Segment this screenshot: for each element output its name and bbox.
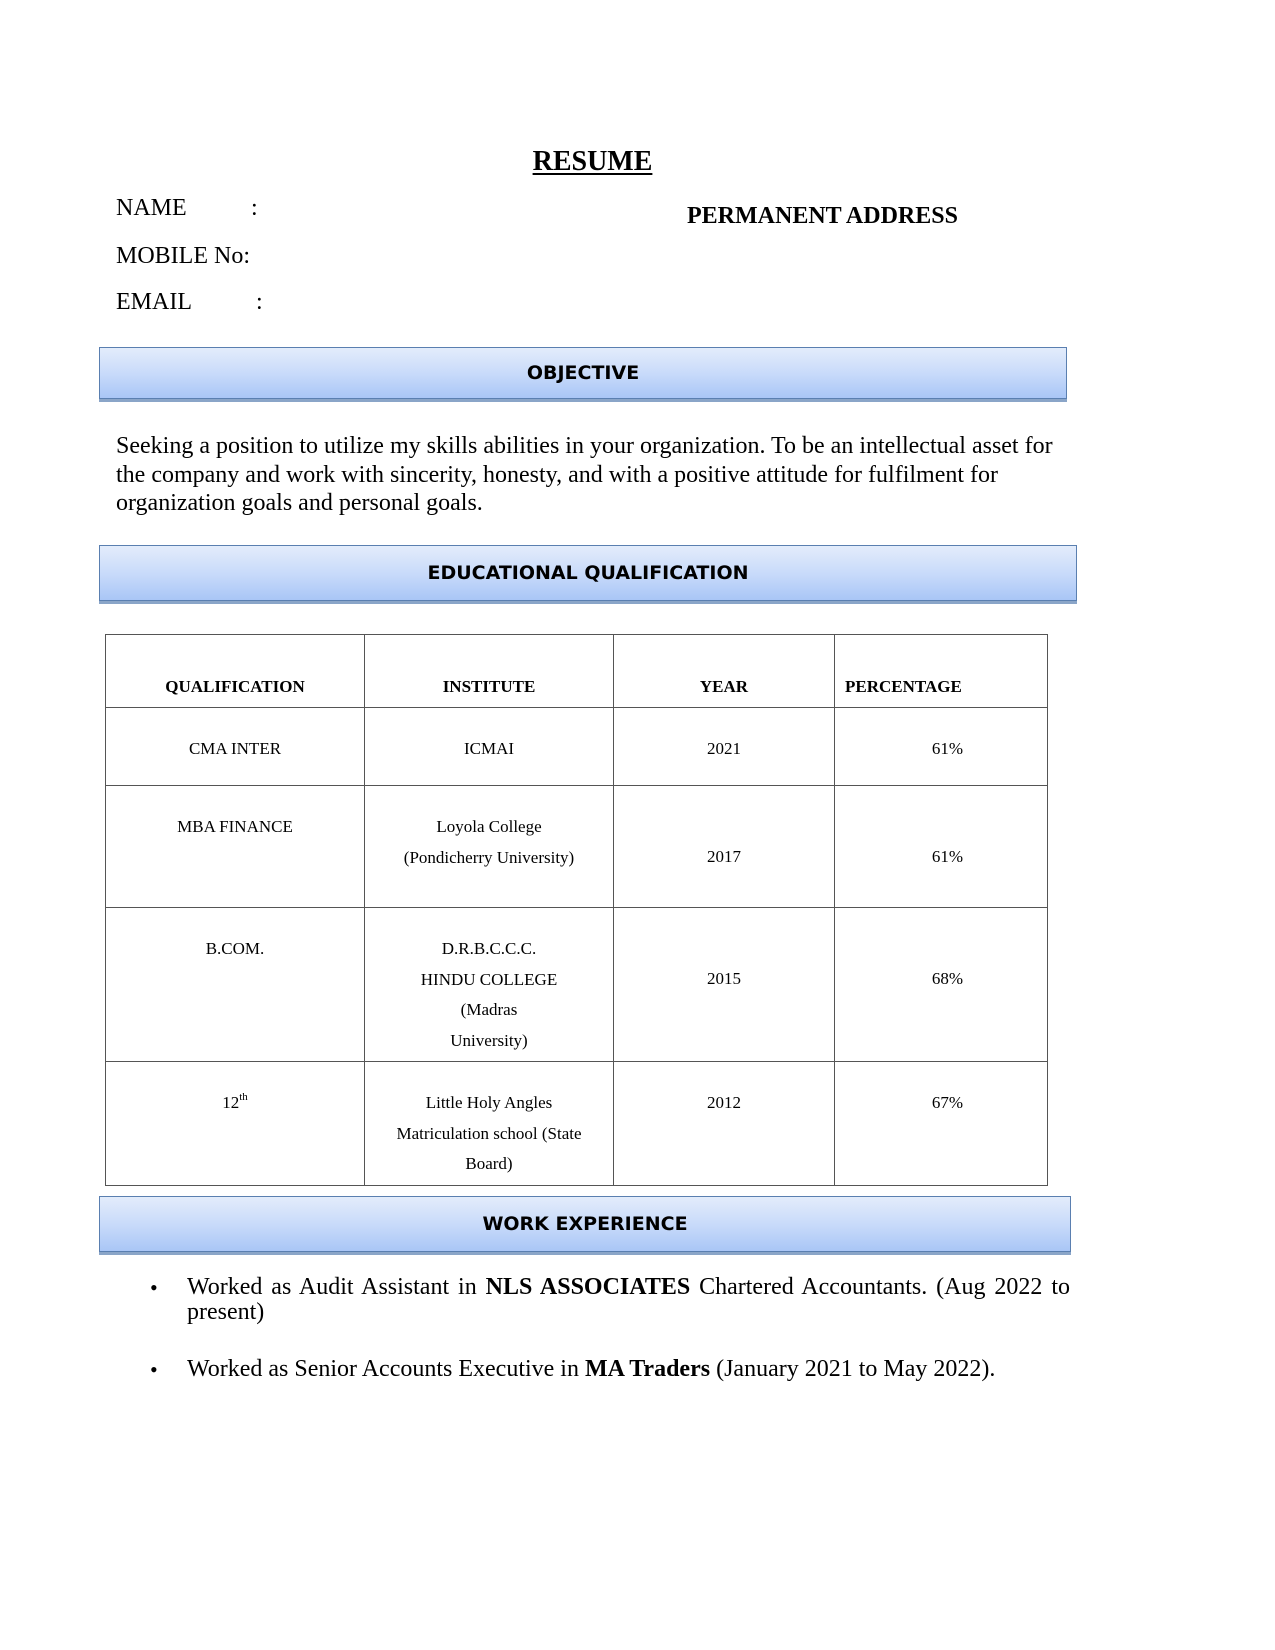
cell-percentage: 61% bbox=[835, 786, 1048, 908]
employer-name: NLS ASSOCIATES bbox=[486, 1274, 691, 1300]
qualification-text: B.COM. bbox=[206, 939, 265, 958]
education-table: QUALIFICATION INSTITUTE YEAR PERCENTAGE … bbox=[105, 634, 1048, 1186]
work-experience-heading: WORK EXPERIENCE bbox=[99, 1196, 1071, 1252]
institute-line: (Madras bbox=[365, 995, 613, 1026]
page-title: RESUME bbox=[0, 146, 1185, 178]
work-text-prefix: Worked as Audit Assistant in bbox=[187, 1274, 486, 1300]
cell-year: 2012 bbox=[614, 1062, 835, 1186]
institute-line: ICMAI bbox=[365, 734, 613, 765]
objective-text: Seeking a position to utilize my skills … bbox=[116, 432, 1076, 518]
cell-qualification: CMA INTER bbox=[106, 708, 365, 786]
column-header-year: YEAR bbox=[614, 635, 835, 708]
qualification-text: CMA INTER bbox=[189, 739, 281, 758]
cell-percentage: 67% bbox=[835, 1062, 1048, 1186]
work-text-prefix: Worked as Senior Accounts Executive in bbox=[187, 1356, 585, 1382]
column-header-qualification: QUALIFICATION bbox=[106, 635, 365, 708]
bullet-icon: • bbox=[150, 1275, 158, 1300]
cell-institute: Loyola College(Pondicherry University) bbox=[365, 786, 614, 908]
institute-line: Matriculation school (State bbox=[365, 1119, 613, 1150]
mobile-label: MOBILE No: bbox=[116, 243, 250, 270]
institute-line: University) bbox=[365, 1026, 613, 1057]
email-label: EMAIL bbox=[116, 289, 192, 316]
institute-line: Little Holy Angles bbox=[365, 1088, 613, 1119]
cell-institute: ICMAI bbox=[365, 708, 614, 786]
table-row: CMA INTERICMAI202161% bbox=[106, 708, 1048, 786]
permanent-address-label: PERMANENT ADDRESS bbox=[687, 203, 958, 230]
cell-institute: D.R.B.C.C.C.HINDU COLLEGE(MadrasUniversi… bbox=[365, 908, 614, 1062]
institute-line: Loyola College bbox=[365, 812, 613, 843]
institute-line: (Pondicherry University) bbox=[365, 843, 613, 874]
table-header-row: QUALIFICATION INSTITUTE YEAR PERCENTAGE bbox=[106, 635, 1048, 708]
cell-qualification: B.COM. bbox=[106, 908, 365, 1062]
work-experience-list: •Worked as Audit Assistant in NLS ASSOCI… bbox=[150, 1275, 1070, 1414]
work-experience-item: •Worked as Senior Accounts Executive in … bbox=[150, 1357, 1070, 1382]
column-header-percentage: PERCENTAGE bbox=[835, 635, 1048, 708]
table-row: MBA FINANCELoyola College(Pondicherry Un… bbox=[106, 786, 1048, 908]
cell-qualification: MBA FINANCE bbox=[106, 786, 365, 908]
work-text-suffix: (January 2021 to May 2022). bbox=[710, 1356, 995, 1382]
cell-qualification: 12th bbox=[106, 1062, 365, 1186]
email-separator: : bbox=[256, 289, 263, 316]
table-row: B.COM.D.R.B.C.C.C.HINDU COLLEGE(MadrasUn… bbox=[106, 908, 1048, 1062]
employer-name: MA Traders bbox=[585, 1356, 710, 1382]
cell-year: 2017 bbox=[614, 786, 835, 908]
work-experience-item: •Worked as Audit Assistant in NLS ASSOCI… bbox=[150, 1275, 1070, 1325]
institute-line: D.R.B.C.C.C. bbox=[365, 934, 613, 965]
qualification-text: MBA FINANCE bbox=[177, 817, 293, 836]
column-header-institute: INSTITUTE bbox=[365, 635, 614, 708]
qualification-text: 12 bbox=[222, 1093, 239, 1112]
cell-year: 2015 bbox=[614, 908, 835, 1062]
institute-line: HINDU COLLEGE bbox=[365, 965, 613, 996]
qualification-superscript: th bbox=[239, 1091, 248, 1103]
name-label: NAME bbox=[116, 195, 187, 222]
institute-line: Board) bbox=[365, 1149, 613, 1180]
objective-heading: OBJECTIVE bbox=[99, 347, 1067, 399]
table-row: 12thLittle Holy AnglesMatriculation scho… bbox=[106, 1062, 1048, 1186]
cell-percentage: 61% bbox=[835, 708, 1048, 786]
name-separator: : bbox=[251, 195, 258, 222]
cell-institute: Little Holy AnglesMatriculation school (… bbox=[365, 1062, 614, 1186]
bullet-icon: • bbox=[150, 1357, 158, 1382]
cell-year: 2021 bbox=[614, 708, 835, 786]
education-heading: EDUCATIONAL QUALIFICATION bbox=[99, 545, 1077, 601]
cell-percentage: 68% bbox=[835, 908, 1048, 1062]
